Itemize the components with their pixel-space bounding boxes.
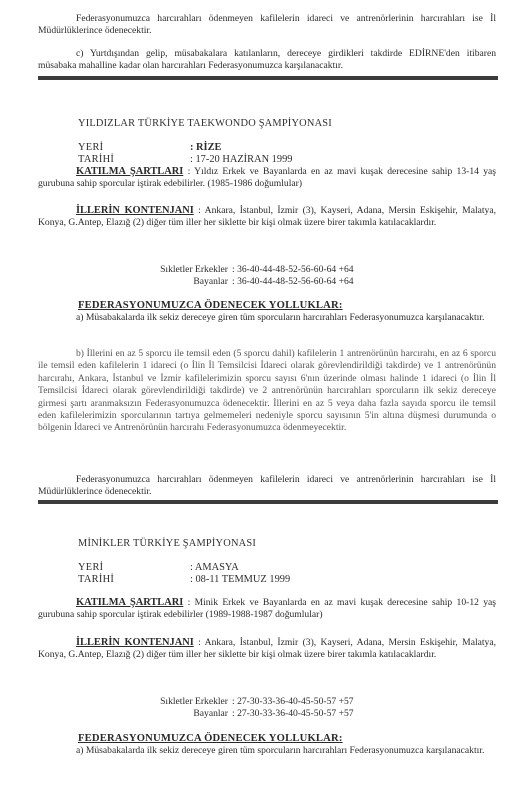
yolluk-a-paragraph: a) Müsabakalarda ilk sekiz dereceye gire…: [38, 745, 496, 757]
katilma-sartlari-paragraph: KATILMA ŞARTLARI : Minik Erkek ve Bayanl…: [38, 597, 496, 622]
yeri-label: YERİ: [78, 142, 103, 154]
yeri-value: : AMASYA: [190, 562, 239, 574]
yolluk-a-paragraph: a) Müsabakalarda ilk sekiz dereceye gire…: [38, 312, 496, 324]
tarihi-value: : 08-11 TEMMUZ 1999: [190, 574, 290, 586]
sikletler-erkek-value: : 36-40-44-48-52-56-60-64 +64: [232, 264, 354, 276]
intro-paragraph-harcirah: Federasyonumuzca harcırahları ödenmeyen …: [38, 13, 496, 38]
sikletler-bayan-label: Bayanlar: [118, 276, 228, 288]
sikletler-bayan-value: : 36-40-44-48-52-56-60-64 +64: [232, 276, 354, 288]
tarihi-value: : 17-20 HAZİRAN 1999: [190, 154, 292, 166]
yolluklar-heading: FEDERASYONUMUZCA ÖDENECEK YOLLUKLAR:: [78, 733, 343, 745]
section-title-yildizlar: YILDIZLAR TÜRKİYE TAEKWONDO ŞAMPİYONASI: [78, 118, 332, 130]
sikletler-bayan-value: : 27-30-33-36-40-45-50-57 +57: [232, 708, 354, 720]
yolluk-b-paragraph: b) İllerini en az 5 sporcu ile temsil ed…: [38, 348, 496, 435]
tarihi-label: TARİHİ: [78, 574, 114, 586]
katilma-sartlari-paragraph: KATILMA ŞARTLARI : Yıldız Erkek ve Bayan…: [38, 166, 496, 191]
sikletler-erkek-label: Sıkletler Erkekler: [118, 264, 228, 276]
kontenjan-paragraph: İLLERİN KONTENJANI : Ankara, İstanbul, İ…: [38, 205, 496, 230]
section-divider: [38, 76, 498, 80]
sikletler-erkek-value: : 27-30-33-36-40-45-50-57 +57: [232, 696, 354, 708]
kontenjan-paragraph: İLLERİN KONTENJANI : Ankara, İstanbul, İ…: [38, 637, 496, 662]
kontenjan-label: İLLERİN KONTENJANI: [76, 205, 194, 216]
section-title-minikler: MİNİKLER TÜRKİYE ŞAMPİYONASI: [78, 538, 256, 550]
intro-paragraph-yurtdisi: c) Yurtdışından gelip, müsabakalara katı…: [38, 48, 496, 73]
sikletler-bayan-label: Bayanlar: [118, 708, 228, 720]
katilma-sartlari-label: KATILMA ŞARTLARI: [76, 166, 183, 177]
yolluklar-heading: FEDERASYONUMUZCA ÖDENECEK YOLLUKLAR:: [78, 300, 343, 312]
kontenjan-label: İLLERİN KONTENJANI: [76, 637, 194, 648]
sikletler-erkek-label: Sıkletler Erkekler: [118, 696, 228, 708]
yeri-label: YERİ: [78, 562, 103, 574]
closing-paragraph: Federasyonumuzca harcırahları ödenmeyen …: [38, 474, 496, 499]
section-divider: [38, 500, 498, 504]
katilma-sartlari-label: KATILMA ŞARTLARI: [76, 597, 183, 608]
yeri-value: : RİZE: [190, 142, 221, 154]
tarihi-label: TARİHİ: [78, 154, 114, 166]
